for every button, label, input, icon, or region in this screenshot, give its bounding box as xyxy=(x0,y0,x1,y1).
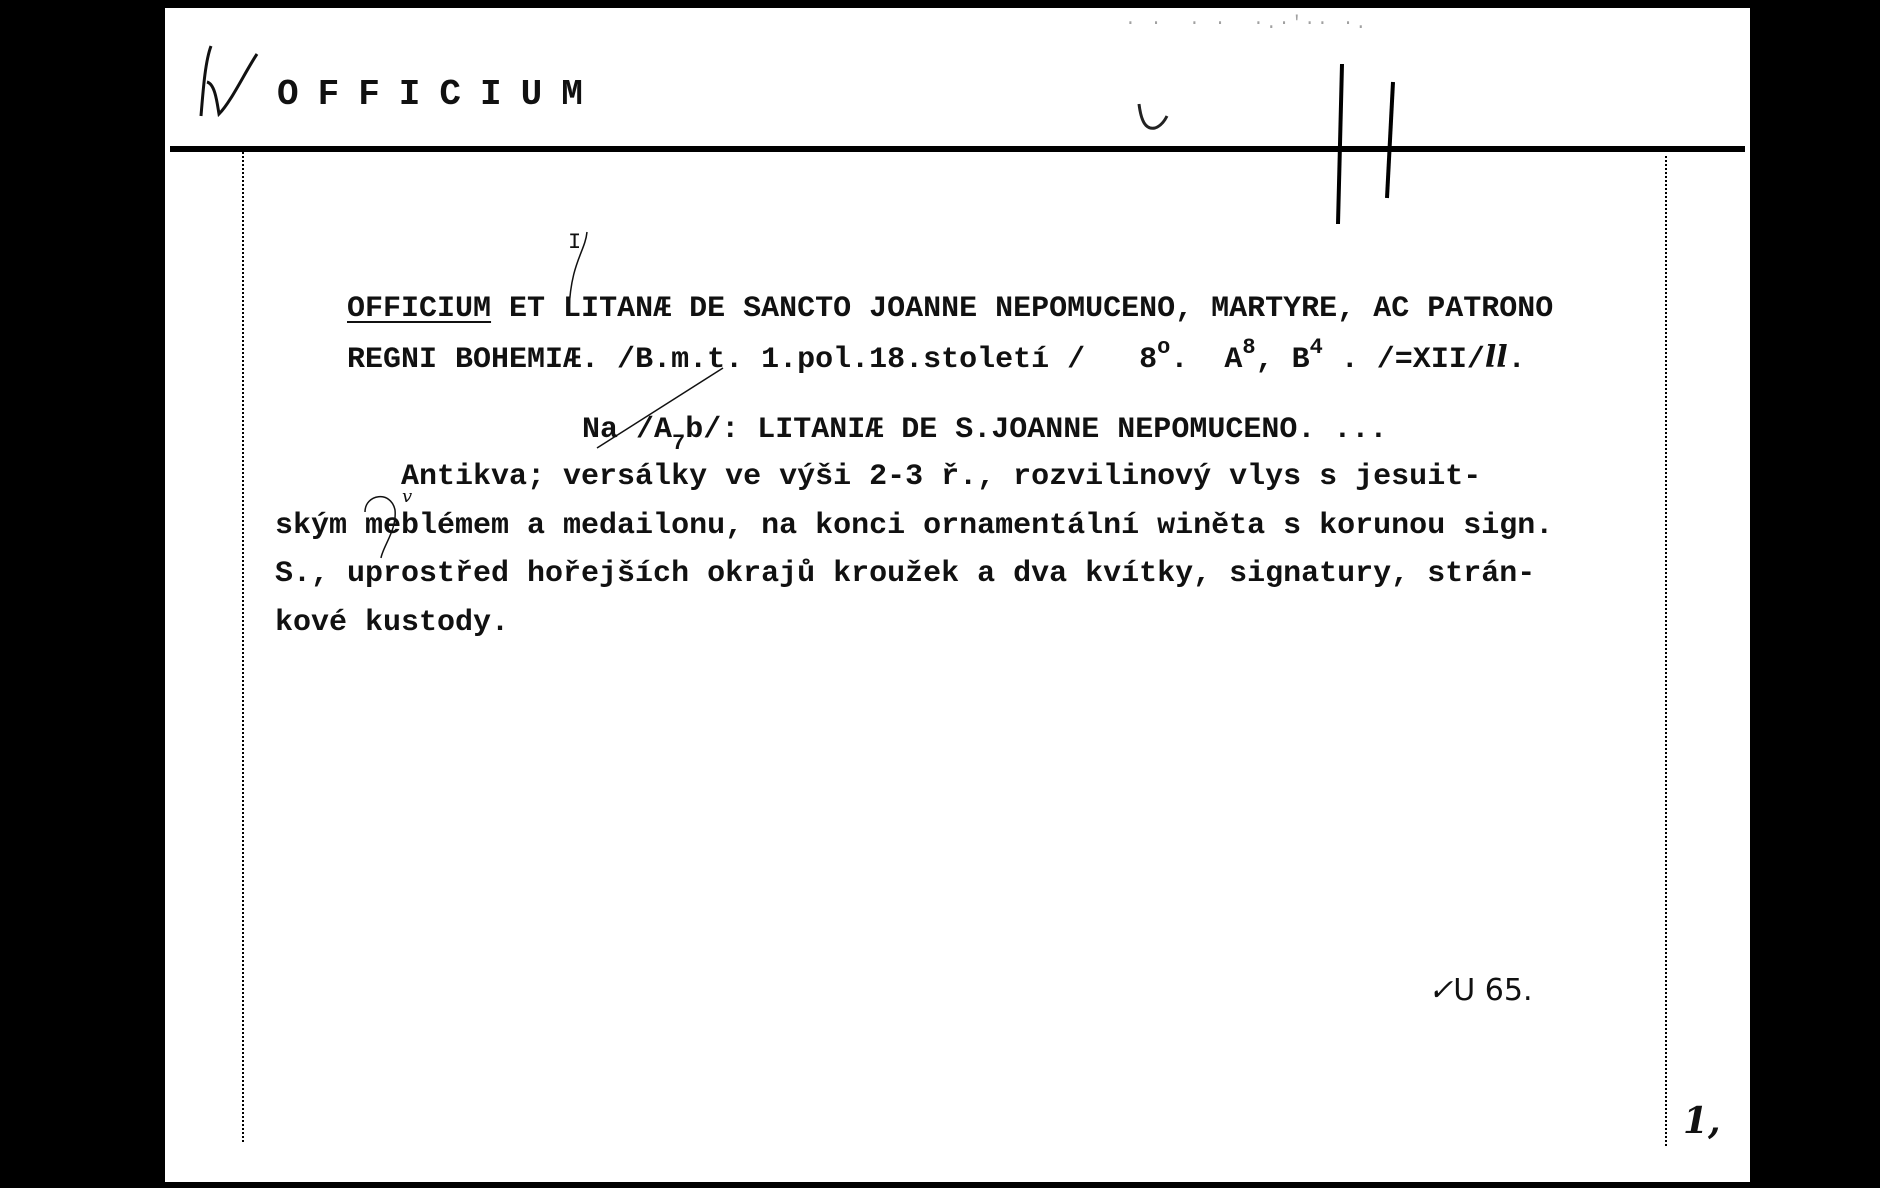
strike-line-icon xyxy=(595,368,725,448)
card-line-5: ským meblémem a medailonu, na konci orna… xyxy=(275,511,1553,541)
card-line-4: Antikva; versálky ve výši 2-3 ř., rozvil… xyxy=(275,462,1481,492)
imprint-text: REGNI BOHEMIÆ. /B.m.t. 1.pol.18.století … xyxy=(347,343,1157,377)
pencil-scribble-icon xyxy=(1135,100,1175,140)
caret-insert: v xyxy=(402,486,412,507)
collation-a-sup: 8 xyxy=(1242,335,1255,360)
heading-rule xyxy=(170,146,1745,152)
left-margin-line xyxy=(242,152,244,1142)
call-number: ✓U 65. xyxy=(1390,938,1533,1043)
call-number-text: U 65. xyxy=(1453,973,1532,1008)
pen-stroke-icon xyxy=(1385,82,1395,198)
period: . xyxy=(1508,343,1526,377)
circle-correction-icon xyxy=(361,490,401,560)
card-line-6: S., uprostřed hořejších okrajů kroužek a… xyxy=(275,559,1535,589)
note-text: b/: LITANIÆ DE S.JOANNE NEPOMUCENO. ... xyxy=(685,413,1387,447)
catalog-card: OFFICIUM · · · · ·.·'·· ·. I OFFICIUM ET… xyxy=(165,8,1750,1182)
handwritten-ll: ll xyxy=(1485,340,1508,375)
faint-stamp: · · · · ·.·'·· ·. xyxy=(1125,14,1365,50)
card-heading: OFFICIUM xyxy=(277,74,602,115)
format-sup: o xyxy=(1157,335,1170,360)
page-number: 1, xyxy=(1683,1100,1721,1142)
collation-b-sup: 4 xyxy=(1310,335,1323,360)
handwritten-mark-icon xyxy=(197,42,261,120)
card-line-7: kové kustody. xyxy=(275,608,509,638)
collation-a: . A xyxy=(1170,343,1242,377)
pen-stroke-icon xyxy=(1335,64,1345,224)
call-number-mark: ✓ xyxy=(1428,973,1453,1008)
collation-b: , B xyxy=(1256,343,1310,377)
leaf-count: . /=XII/ xyxy=(1323,343,1485,377)
right-margin-line xyxy=(1665,156,1667,1146)
